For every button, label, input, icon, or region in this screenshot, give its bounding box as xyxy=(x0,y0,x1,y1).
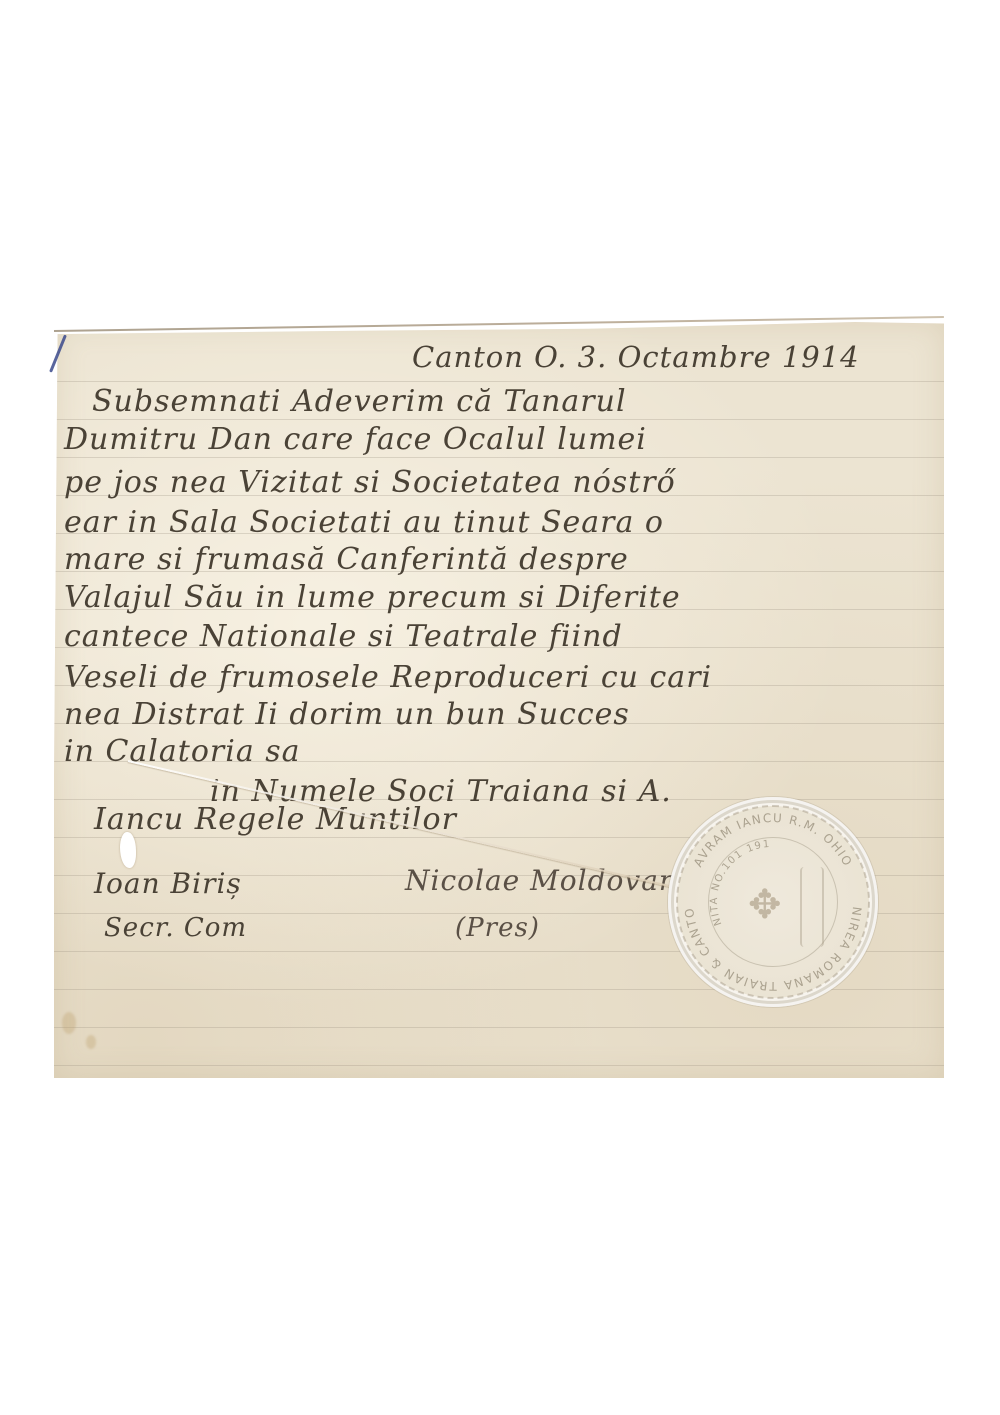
seal-figure-icon xyxy=(800,867,824,947)
body-line: mare si frumasă Canferintă despre xyxy=(64,545,629,575)
stain xyxy=(62,1012,76,1034)
body-line: ear in Sala Societati au tinut Seara o xyxy=(64,508,664,538)
paper-hole xyxy=(120,832,136,868)
embossed-seal: AVRAM IANCU R.M. OHIO UNIREA ROMANA TRAI… xyxy=(668,797,878,1007)
body-line: Veseli de frumosele Reproduceri cu cari xyxy=(64,663,712,693)
signature-president: Nicolae Moldovan xyxy=(405,867,678,895)
body-line: Subsemnati Adeverim că Tanarul xyxy=(92,387,627,417)
svg-text:AVRAM IANCU R.M. OHIO: AVRAM IANCU R.M. OHIO xyxy=(691,811,855,869)
place-date: Canton O. 3. Octambre 1914 xyxy=(412,343,860,372)
signature-secretary-title: Secr. Com xyxy=(104,915,247,941)
signature-secretary: Ioan Biriș xyxy=(94,870,242,898)
society-name-line: Iancu Regele Muntilor xyxy=(94,805,457,835)
body-line: cantece Nationale si Teatrale fiind xyxy=(64,622,623,652)
body-line: Dumitru Dan care face Ocalul lumei xyxy=(64,425,647,455)
signature-president-title: (Pres) xyxy=(455,915,540,941)
seal-outer-top-text: AVRAM IANCU R.M. OHIO xyxy=(691,811,855,869)
body-line: nea Distrat Ii dorim un bun Succes xyxy=(64,700,630,730)
stain xyxy=(86,1035,96,1049)
body-line: in Calatoria sa xyxy=(64,737,301,767)
body-line: Valajul Său in lume precum si Diferite xyxy=(64,583,681,613)
body-line: pe jos nea Vizitat si Societatea nóstrő xyxy=(64,468,676,498)
cross-emblem-icon: ✥ xyxy=(748,885,782,925)
